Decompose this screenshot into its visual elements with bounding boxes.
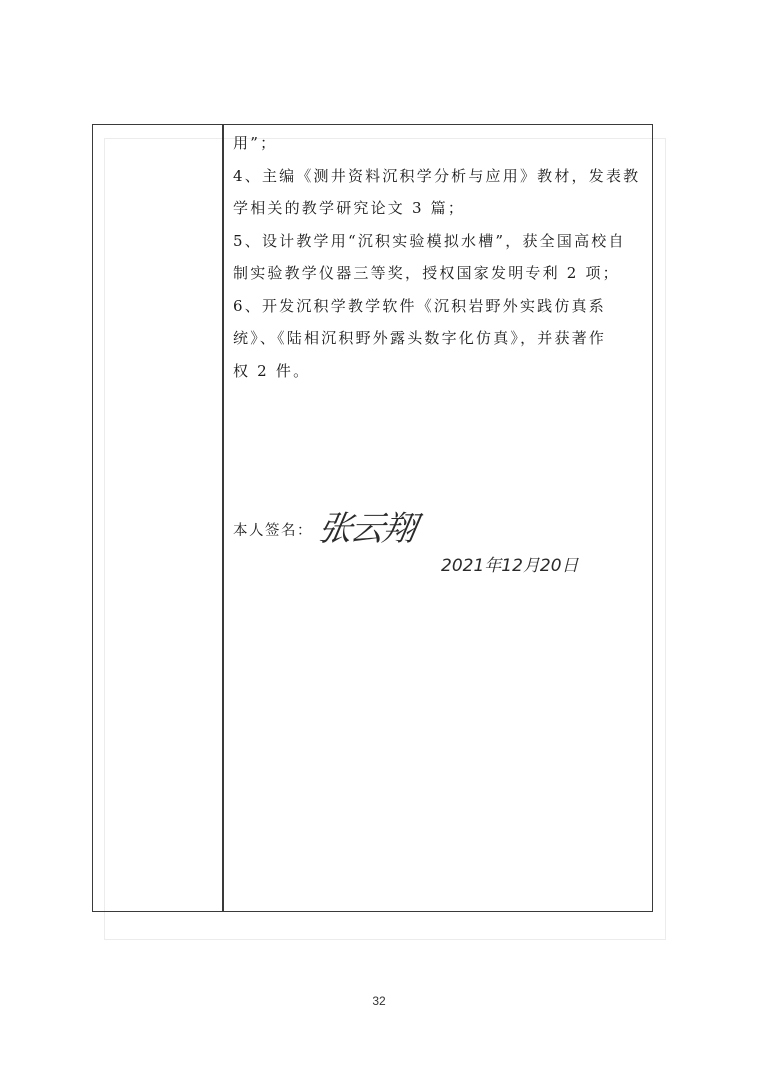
text-line: 统》、《陆相沉积野外露头数字化仿真》，并获著作	[233, 322, 652, 355]
document-table: 用”； 4、主编《测井资料沉积学分析与应用》教材，发表教 学相关的教学研究论文 …	[92, 124, 653, 912]
signature-date: 2021年12月20日	[441, 551, 579, 576]
page-number: 32	[0, 994, 758, 1008]
text-line: 4、主编《测井资料沉积学分析与应用》教材，发表教	[233, 160, 652, 193]
text-line: 学相关的教学研究论文 3 篇；	[233, 192, 652, 225]
handwritten-signature: 张云翔	[315, 501, 420, 550]
text-line: 用”；	[233, 127, 652, 160]
signature-label: 本人签名：	[233, 519, 313, 540]
text-line: 6、开发沉积学教学软件《沉积岩野外实践仿真系	[233, 290, 652, 323]
content-cell: 用”； 4、主编《测井资料沉积学分析与应用》教材，发表教 学相关的教学研究论文 …	[223, 127, 652, 387]
text-line: 5、设计教学用“沉积实验模拟水槽”，获全国高校自	[233, 225, 652, 258]
text-line: 权 2 件。	[233, 355, 652, 388]
text-line: 制实验教学仪器三等奖，授权国家发明专利 2 项；	[233, 257, 652, 290]
